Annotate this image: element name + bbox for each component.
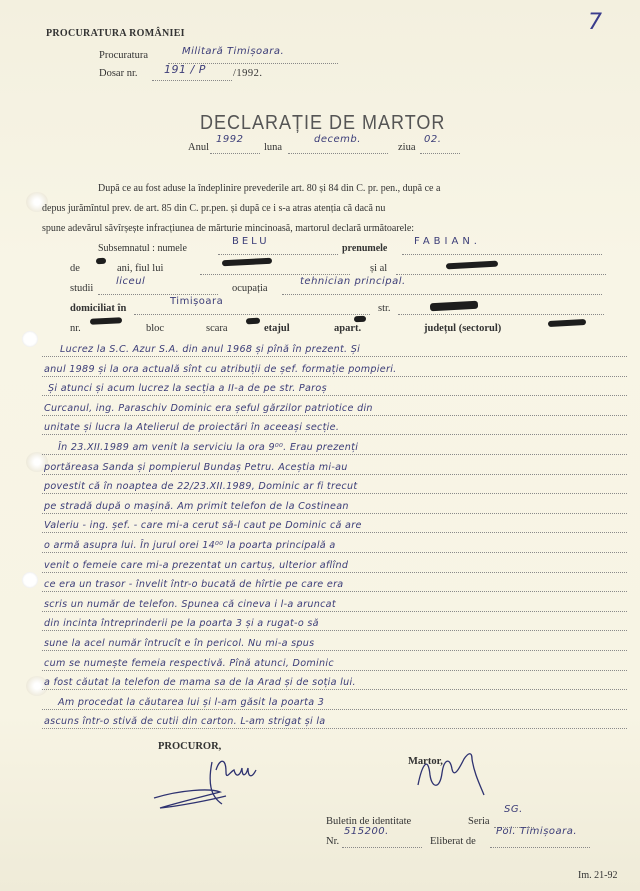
procuratura-label: Procuratura — [99, 50, 148, 61]
martor-signature — [410, 745, 490, 800]
redacted-mother — [446, 261, 498, 270]
statement-line: În 23.XII.1989 am venit la serviciu la o… — [42, 440, 627, 455]
seria-value: SG. — [504, 804, 523, 815]
statement-line: Curcanul, ing. Paraschiv Dominic era șef… — [42, 401, 627, 416]
ziua-line — [420, 153, 460, 154]
statement-line-text: o armă asupra lui. În jurul orei 14⁰⁰ la… — [44, 540, 336, 551]
dosar-year: /1992. — [233, 68, 263, 79]
judetul-label: județul (sectorul) — [424, 323, 501, 334]
statement-line-text: din incinta întreprinderii pe la poarta … — [44, 618, 319, 629]
procuror-label: PROCUROR, — [158, 741, 221, 752]
statement-line: cum se numește femeia respectivă. Pînă a… — [42, 656, 627, 671]
subsemnatul-label: Subsemnatul : numele — [98, 243, 187, 254]
redacted-nr — [90, 317, 122, 325]
preamble-line-1: După ce au fost aduse la îndeplinire pre… — [98, 183, 440, 194]
redacted-age — [96, 258, 106, 265]
statement-line: Lucrez la S.C. Azur S.A. din anul 1968 ș… — [42, 342, 627, 357]
statement-line-text: Am procedat la căutarea lui și l-am găsi… — [58, 697, 324, 708]
preamble-line-2: depus jurămîntul prev. de art. 85 din C.… — [42, 203, 385, 214]
ocupatia-line — [282, 294, 602, 295]
statement-line-text: povestit că în noaptea de 22/23.XII.1989… — [44, 481, 357, 492]
dosar-label: Dosar nr. — [99, 68, 138, 79]
de-label: de — [70, 263, 80, 274]
procuror-signature — [150, 752, 260, 814]
page-title: DECLARAȚIE DE MARTOR — [200, 110, 445, 134]
apart-label: apart. — [334, 323, 361, 334]
studii-value: liceul — [116, 276, 145, 287]
ziua-label: ziua — [398, 142, 416, 153]
statement-line-text: ascuns într-o stivă de cutii din carton.… — [44, 716, 325, 727]
buletin-nr-line — [342, 847, 422, 848]
statement-line: portăreasa Sanda și pompierul Bundaș Pet… — [42, 460, 627, 475]
fiul-line — [200, 274, 350, 275]
studii-line — [98, 294, 218, 295]
studii-label: studii — [70, 283, 93, 294]
luna-label: luna — [264, 142, 282, 153]
preamble-line-3: spune adevărul săvîrșește infracțiunea d… — [42, 223, 414, 234]
procuratura-value: Militară Timișoara. — [182, 46, 284, 57]
dosar-value: 191 / P — [164, 63, 206, 76]
domiciliat-line — [134, 314, 370, 315]
statement-line: anul 1989 și la ora actuală sînt cu atri… — [42, 362, 627, 377]
statement-line-text: ce era un trasor - învelit într-o bucată… — [44, 579, 344, 590]
str-line — [398, 314, 604, 315]
dosar-line — [152, 80, 232, 81]
si-al-label: și al — [370, 263, 387, 274]
statement-line-text: Valeriu - ing. șef. - care mi-a cerut să… — [44, 520, 362, 531]
statement-line-text: În 23.XII.1989 am venit la serviciu la o… — [58, 442, 358, 453]
institution-name: PROCURATURA ROMÂNIEI — [46, 28, 185, 39]
buletin-nr-label: Nr. — [326, 836, 339, 847]
statement-line: venit o femeie care mi-a prezentat un ca… — [42, 558, 627, 573]
redacted-father — [222, 258, 272, 267]
anul-value: 1992 — [216, 134, 243, 145]
scara-label: scara — [206, 323, 228, 334]
domiciliat-label: domiciliat în — [70, 303, 126, 314]
statement-line-text: portăreasa Sanda și pompierul Bundaș Pet… — [44, 462, 348, 473]
redacted-scara — [246, 318, 260, 325]
statement-line: povestit că în noaptea de 22/23.XII.1989… — [42, 479, 627, 494]
eliberat-line — [490, 847, 590, 848]
statement-line-text: pe stradă după o mașină. Am primit telef… — [44, 501, 349, 512]
str-label: str. — [378, 303, 391, 314]
statement-line: ascuns într-o stivă de cutii din carton.… — [42, 714, 627, 729]
anul-label: Anul — [188, 142, 209, 153]
statement-line-text: venit o femeie care mi-a prezentat un ca… — [44, 560, 348, 571]
statement-line-text: Lucrez la S.C. Azur S.A. din anul 1968 ș… — [60, 344, 360, 355]
domiciliat-value: Timișoara — [170, 296, 223, 307]
statement-line-text: a fost căutat la telefon de mama sa de l… — [44, 677, 356, 688]
punch-hole — [22, 331, 38, 347]
statement-line: Valeriu - ing. șef. - care mi-a cerut să… — [42, 518, 627, 533]
nr-label: nr. — [70, 323, 81, 334]
prenumele-line — [402, 254, 602, 255]
statement-line: scris un număr de telefon. Spunea că cin… — [42, 597, 627, 612]
redacted-judet — [548, 319, 586, 327]
luna-line — [288, 153, 388, 154]
punch-hole — [22, 572, 38, 588]
luna-value: decemb. — [314, 134, 361, 145]
eliberat-label: Eliberat de — [430, 836, 476, 847]
statement-line: unitate și lucra la Atelierul de proiect… — [42, 420, 627, 435]
statement-line: pe stradă după o mașină. Am primit telef… — [42, 499, 627, 514]
statement-line: Și atunci și acum lucrez la secția a II-… — [42, 381, 627, 396]
prenumele-label: prenumele — [342, 243, 387, 254]
ziua-value: 02. — [424, 134, 441, 145]
page-number-mark: 7 — [588, 10, 602, 35]
statement-line-text: scris un număr de telefon. Spunea că cin… — [44, 599, 336, 610]
form-code: Im. 21-92 — [578, 870, 617, 881]
statement-line-text: sune la acel număr întrucît e în pericol… — [44, 638, 314, 649]
buletin-nr-value: 515200. — [344, 826, 389, 837]
mother-line — [396, 274, 606, 275]
ani-fiul-label: ani, fiul lui — [117, 263, 163, 274]
numele-value: BELU — [232, 236, 270, 247]
redacted-street — [430, 301, 478, 312]
statement-line-text: anul 1989 și la ora actuală sînt cu atri… — [44, 364, 397, 375]
statement-line: a fost căutat la telefon de mama sa de l… — [42, 675, 627, 690]
bloc-label: bloc — [146, 323, 164, 334]
statement-line-text: Și atunci și acum lucrez la secția a II-… — [48, 383, 327, 394]
statement-line: sune la acel număr întrucît e în pericol… — [42, 636, 627, 651]
ocupatia-label: ocupația — [232, 283, 268, 294]
ocupatia-value: tehnician principal. — [300, 276, 406, 287]
statement-line: o armă asupra lui. În jurul orei 14⁰⁰ la… — [42, 538, 627, 553]
document-page: 7 PROCURATURA ROMÂNIEI Procuratura Milit… — [0, 0, 640, 891]
statement-line: Am procedat la căutarea lui și l-am găsi… — [42, 695, 627, 710]
anul-line — [210, 153, 260, 154]
prenumele-value: FABIAN. — [414, 236, 481, 247]
eliberat-value: Pol. Timișoara. — [496, 826, 577, 837]
statement-line-text: cum se numește femeia respectivă. Pînă a… — [44, 658, 334, 669]
statement-line-text: Curcanul, ing. Paraschiv Dominic era șef… — [44, 403, 373, 414]
statement-line: ce era un trasor - învelit într-o bucată… — [42, 577, 627, 592]
statement-line: din incinta întreprinderii pe la poarta … — [42, 616, 627, 631]
statement-line-text: unitate și lucra la Atelierul de proiect… — [44, 422, 339, 433]
numele-line — [218, 254, 338, 255]
redacted-apart — [354, 316, 366, 323]
etajul-label: etajul — [264, 323, 290, 334]
seria-label: Seria — [468, 816, 490, 827]
